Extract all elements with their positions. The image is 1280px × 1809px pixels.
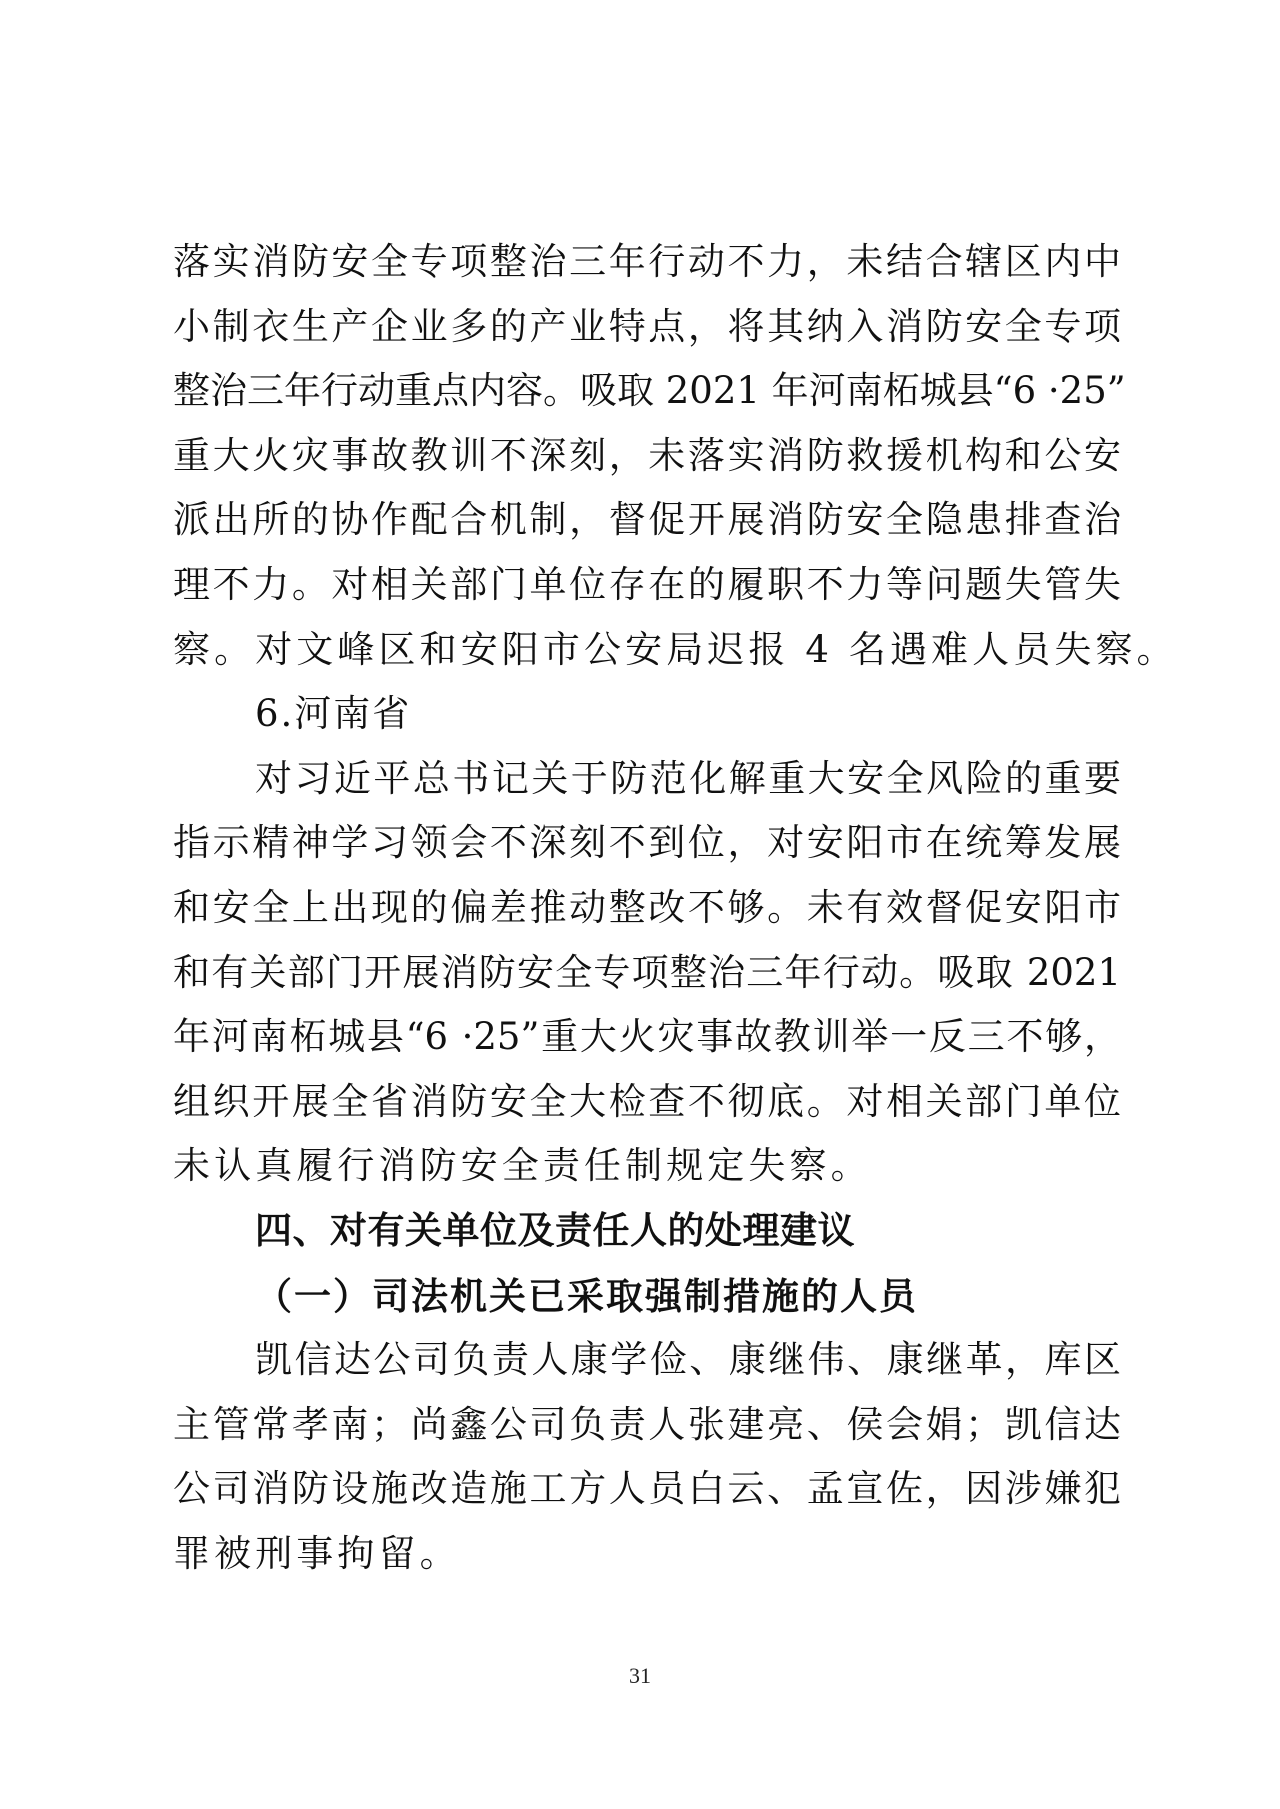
paragraph-line: 凯信达公司负责人康学俭、康继伟、康继革，库区	[255, 1328, 1121, 1392]
page-number: 31	[0, 1663, 1280, 1689]
section-heading: 四、对有关单位及责任人的处理建议	[255, 1199, 855, 1263]
paragraph-line: 公司消防设施改造施工方人员白云、孟宣佐，因涉嫌犯	[173, 1457, 1121, 1521]
paragraph-line: 主管常孝南；尚鑫公司负责人张建亮、侯会娟；凯信达	[173, 1393, 1121, 1457]
paragraph-line: 重大火灾事故教训不深刻，未落实消防救援机构和公安	[173, 424, 1121, 488]
paragraph-line: 小制衣生产企业多的产业特点，将其纳入消防安全专项	[173, 295, 1121, 359]
paragraph-line: 派出所的协作配合机制，督促开展消防安全隐患排查治	[173, 488, 1121, 552]
paragraph-line: 理不力。对相关部门单位存在的履职不力等问题失管失	[173, 553, 1121, 617]
paragraph-line: 落实消防安全专项整治三年行动不力，未结合辖区内中	[173, 230, 1121, 294]
subsection-heading: （一）司法机关已采取强制措施的人员	[255, 1264, 918, 1328]
paragraph-line: 和有关部门开展消防安全专项整治三年行动。吸取 2021	[173, 941, 1121, 1005]
paragraph-line: 和安全上出现的偏差推动整改不够。未有效督促安阳市	[173, 876, 1121, 940]
paragraph-line: 组织开展全省消防安全大检查不彻底。对相关部门单位	[173, 1070, 1121, 1134]
section-subheading-henan: 6.河南省	[255, 682, 411, 746]
paragraph-line: 罪被刑事拘留。	[173, 1522, 461, 1586]
paragraph-line: 察。对文峰区和安阳市公安局迟报 4 名遇难人员失察。	[173, 618, 1178, 682]
paragraph-line: 指示精神学习领会不深刻不到位，对安阳市在统筹发展	[173, 811, 1121, 875]
paragraph-line: 整治三年行动重点内容。吸取 2021 年河南柘城县“6 ·25”	[173, 359, 1121, 423]
paragraph-line: 年河南柘城县“6 ·25”重大火灾事故教训举一反三不够，	[173, 1005, 1121, 1069]
paragraph-line: 未认真履行消防安全责任制规定失察。	[173, 1134, 872, 1198]
paragraph-line: 对习近平总书记关于防范化解重大安全风险的重要	[255, 747, 1121, 811]
